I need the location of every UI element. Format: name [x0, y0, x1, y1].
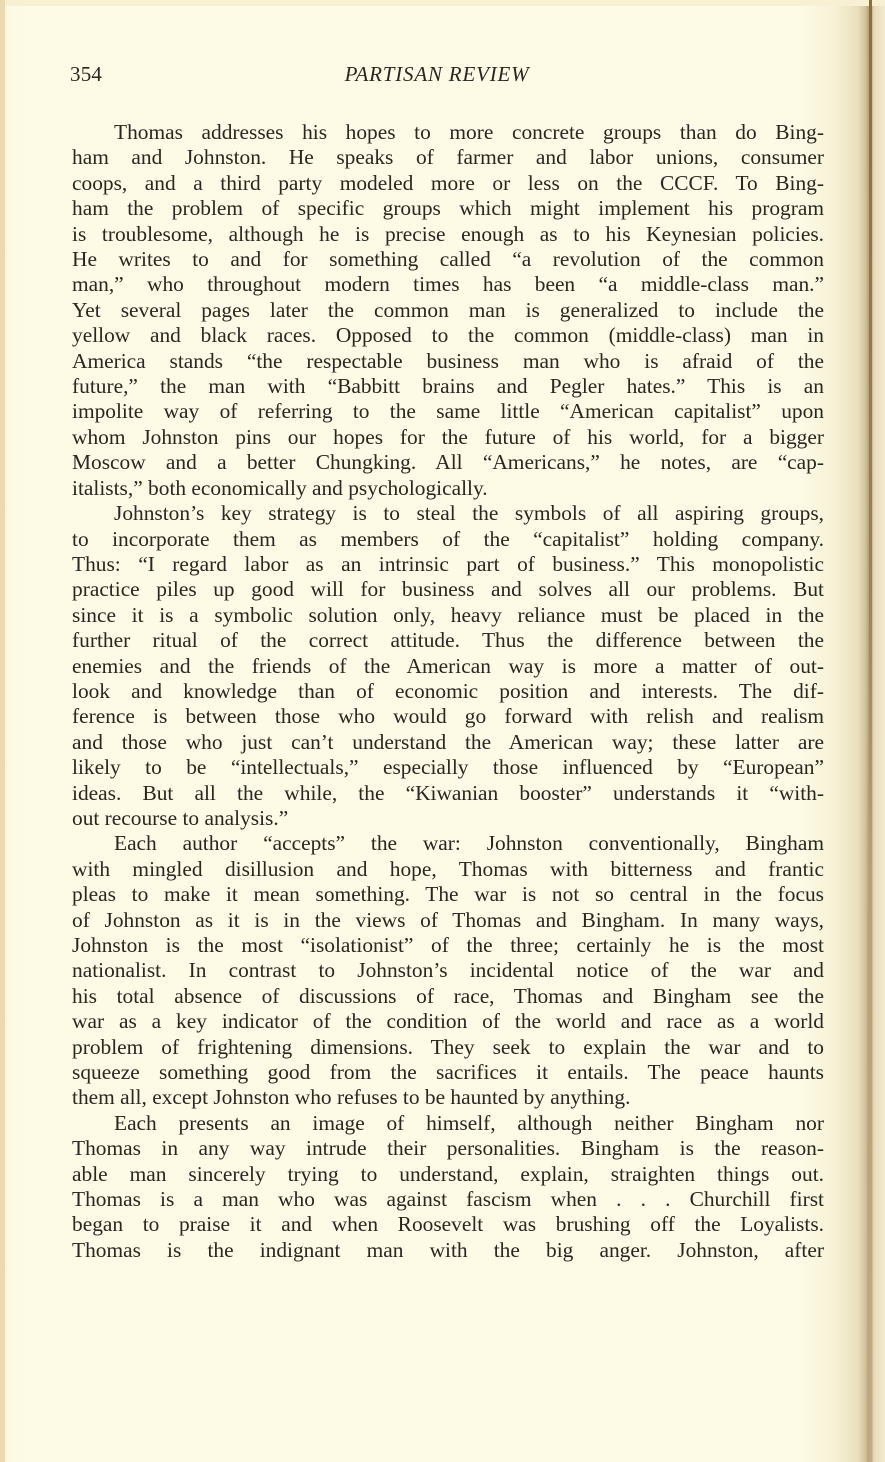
text-line: began to praise it and when Roosevelt wa… [72, 1212, 824, 1237]
page-top-edge [0, 0, 885, 6]
text-line: coops, and a third party modeled more or… [72, 171, 824, 196]
text-line: and those who just can’t understand the … [72, 730, 824, 755]
text-line: man,” who throughout modern times has be… [72, 272, 824, 297]
text-line: Thomas is the indignant man with the big… [72, 1238, 824, 1263]
body-text: Thomas addresses his hopes to more concr… [72, 120, 824, 1263]
text-line: Each presents an image of himself, altho… [72, 1111, 824, 1136]
text-line: out recourse to analysis.” [72, 806, 824, 831]
text-line: Yet several pages later the common man i… [72, 298, 824, 323]
text-line: enemies and the friends of the American … [72, 654, 824, 679]
text-line: ideas. But all the while, the “Kiwanian … [72, 781, 824, 806]
text-line: ham and Johnston. He speaks of farmer an… [72, 145, 824, 170]
text-line: look and knowledge than of economic posi… [72, 679, 824, 704]
text-line: his total absence of discussions of race… [72, 984, 824, 1009]
text-line: practice piles up good will for business… [72, 577, 824, 602]
text-line: whom Johnston pins our hopes for the fut… [72, 425, 824, 450]
text-line: is troublesome, although he is precise e… [72, 222, 824, 247]
text-line: Thomas addresses his hopes to more concr… [72, 120, 824, 145]
text-line: impolite way of referring to the same li… [72, 399, 824, 424]
text-line: to incorporate them as members of the “c… [72, 527, 824, 552]
text-line: likely to be “intellectuals,” especially… [72, 755, 824, 780]
paragraph: Thomas addresses his hopes to more concr… [72, 120, 824, 501]
text-line: squeeze something good from the sacrific… [72, 1060, 824, 1085]
text-line: Thomas in any way intrude their personal… [72, 1136, 824, 1161]
text-line: ham the problem of specific groups which… [72, 196, 824, 221]
text-line: yellow and black races. Opposed to the c… [72, 323, 824, 348]
text-line: them all, except Johnston who refuses to… [72, 1085, 824, 1110]
text-line: with mingled disillusion and hope, Thoma… [72, 857, 824, 882]
page-header: 354 PARTISAN REVIEW [70, 62, 824, 92]
text-line: since it is a symbolic solution only, he… [72, 603, 824, 628]
text-line: problem of frightening dimensions. They … [72, 1035, 824, 1060]
text-line: He writes to and for something called “a… [72, 247, 824, 272]
text-line: Moscow and a better Chungking. All “Amer… [72, 450, 824, 475]
book-page: 354 PARTISAN REVIEW Thomas addresses his… [0, 0, 885, 1462]
text-line: America stands “the respectable business… [72, 349, 824, 374]
page-left-edge [0, 0, 5, 1462]
paragraph: Each author “accepts” the war: Johnston … [72, 831, 824, 1110]
text-line: Johnston is the most “isolationist” of t… [72, 933, 824, 958]
text-line: Thus: “I regard labor as an intrinsic pa… [72, 552, 824, 577]
text-line: able man sincerely trying to understand,… [72, 1162, 824, 1187]
text-line: further ritual of the correct attitude. … [72, 628, 824, 653]
text-line: war as a key indicator of the condition … [72, 1009, 824, 1034]
text-line: Each author “accepts” the war: Johnston … [72, 831, 824, 856]
paragraph: Each presents an image of himself, altho… [72, 1111, 824, 1263]
text-line: future,” the man with “Babbitt brains an… [72, 374, 824, 399]
book-spine-shadow [869, 0, 872, 1462]
text-line: of Johnston as it is in the views of Tho… [72, 908, 824, 933]
running-head: PARTISAN REVIEW [50, 62, 824, 87]
text-line: italists,” both economically and psychol… [72, 476, 824, 501]
text-line: Johnston’s key strategy is to steal the … [72, 501, 824, 526]
text-line: pleas to make it mean something. The war… [72, 882, 824, 907]
text-line: ference is between those who would go fo… [72, 704, 824, 729]
text-line: Thomas is a man who was against fascism … [72, 1187, 824, 1212]
paragraph: Johnston’s key strategy is to steal the … [72, 501, 824, 831]
text-line: nationalist. In contrast to Johnston’s i… [72, 958, 824, 983]
